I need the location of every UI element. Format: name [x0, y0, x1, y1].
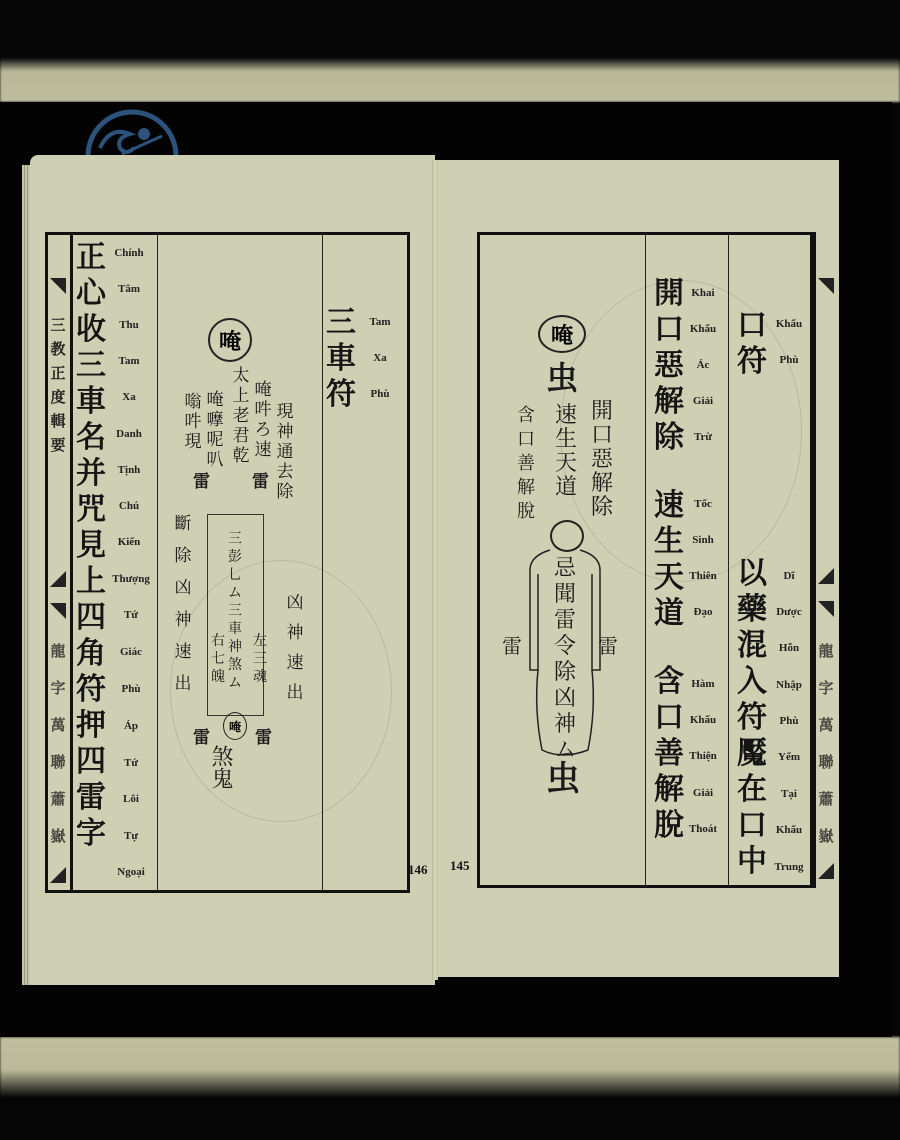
blurred-page-top-edge [0, 58, 900, 102]
transliteration: Thoát [677, 823, 729, 835]
seal-script-title: 龍 字 萬 聯 蕭 嶽 [816, 633, 836, 855]
transliteration: Tại [763, 788, 815, 800]
fishtail-marker-icon [50, 571, 66, 587]
transliteration: Khai [677, 287, 729, 299]
transliteration: Đạo [677, 606, 729, 618]
transliteration: Dược [763, 606, 815, 618]
figure-body-text: 忌 聞 雷 令 除 凶 神 ム [553, 556, 577, 764]
transliteration: Xa [103, 391, 155, 403]
transliteration: Yểm [763, 751, 815, 763]
transliteration: Dĩ [763, 570, 815, 582]
fishtail-marker-icon [818, 601, 834, 617]
talisman-side-glyph: 雷 [502, 636, 522, 656]
talisman-right-outer: 凶 神 速 出 [286, 588, 304, 708]
talisman-col: 現 神 通 去 除 [276, 402, 294, 502]
transliteration: Sinh [677, 534, 729, 546]
transliteration: Phù [105, 683, 157, 695]
transliteration: Khẩu [677, 714, 729, 726]
talisman-col-left: 含 口 善 解 脫 [514, 404, 538, 524]
transliteration: Lôi [105, 793, 157, 805]
figure-right-text: 左 三 魂 [252, 632, 268, 686]
transliteration: Tam [354, 316, 406, 328]
transliteration: Tâm [103, 283, 155, 295]
transliteration: Trừ [677, 431, 729, 443]
small-seal: 唵 [223, 712, 247, 740]
talisman-col: 太 上 老 君 乾 [232, 366, 250, 466]
transliteration: Trung [763, 861, 815, 873]
transliteration: Kiến [103, 536, 155, 548]
transliteration: Phù [354, 388, 406, 400]
talisman-col-right: 開 口 惡 解 除 [590, 400, 614, 520]
transliteration: Thượng [105, 573, 157, 585]
fishtail-marker-icon [818, 863, 834, 879]
transliteration: Giải [677, 395, 729, 407]
talisman-bottom-text: 煞鬼 [212, 745, 232, 789]
transliteration: Tứ [105, 757, 157, 769]
fishtail-marker-icon [818, 568, 834, 584]
seal-circle: 唵 [208, 318, 252, 362]
transliteration: Tam [103, 355, 155, 367]
transliteration: Thu [103, 319, 155, 331]
figure-left-text: 右 七 魄 [210, 632, 226, 686]
seal-circle: 唵 [538, 315, 586, 353]
transliteration: Chú [103, 500, 155, 512]
transliteration: Chính [103, 247, 155, 259]
transliteration: Nhập [763, 679, 815, 691]
transliteration: Phù [763, 354, 815, 366]
transliteration: Khẩu [763, 318, 815, 330]
page-number-left: 146 [408, 862, 428, 878]
transliteration: Phù [763, 715, 815, 727]
book-spine [432, 160, 438, 980]
thunder-glyph: 雷 [255, 728, 272, 748]
transliteration: Tự [105, 830, 157, 842]
blurred-page-bottom-edge [0, 1037, 900, 1097]
transliteration: Khẩu [677, 323, 729, 335]
transliteration: Thiên [677, 570, 729, 582]
transliteration: Tịnh [103, 464, 155, 476]
talisman-glyph: 虫 [546, 760, 580, 798]
figure-body-text: 三 彭 乚 ム 三 車 神 煞 ム [226, 530, 244, 692]
transliteration: Ác [677, 359, 729, 371]
transliteration: Áp [105, 720, 157, 732]
talisman-left-outer: 斷 除 凶 神 速 出 [174, 508, 192, 700]
talisman-side-glyph: 雷 [598, 636, 618, 656]
column-rule [157, 235, 158, 890]
fishtail-marker-icon [50, 278, 66, 294]
transliteration: Xa [354, 352, 406, 364]
fishtail-marker-icon [818, 278, 834, 294]
talisman-col-mid: 速 生 天 道 [554, 404, 578, 500]
talisman-col: 嗡 吽 現 [184, 392, 202, 452]
transliteration: Ngoại [105, 866, 157, 878]
transliteration: Thiện [677, 750, 729, 762]
talisman-glyph: 虫 [546, 360, 578, 396]
fishtail-marker-icon [50, 867, 66, 883]
talisman-col: 唵 吽 ろ 速 [254, 380, 272, 460]
transliteration: Giải [677, 787, 729, 799]
transliteration: Danh [103, 428, 155, 440]
transliteration: Tốc [677, 498, 729, 510]
column-rule [645, 235, 646, 885]
running-title: 三 教 正 度 輯 要 [48, 313, 68, 457]
transliteration: Giác [105, 646, 157, 658]
transliteration: Tứ [105, 609, 157, 621]
transliteration: Khẩu [763, 824, 815, 836]
page-number-right: 145 [450, 858, 470, 874]
fishtail-marker-icon [50, 603, 66, 619]
thunder-glyph: 雷 [193, 472, 210, 492]
talisman-col: 唵 嚤 呢 叭 [206, 390, 224, 470]
thunder-glyph: 雷 [252, 472, 269, 492]
transliteration: Hàm [677, 678, 729, 690]
seal-script-title: 龍 字 萬 聯 蕭 嶽 [48, 633, 68, 855]
transliteration: Hỗn [763, 642, 815, 654]
